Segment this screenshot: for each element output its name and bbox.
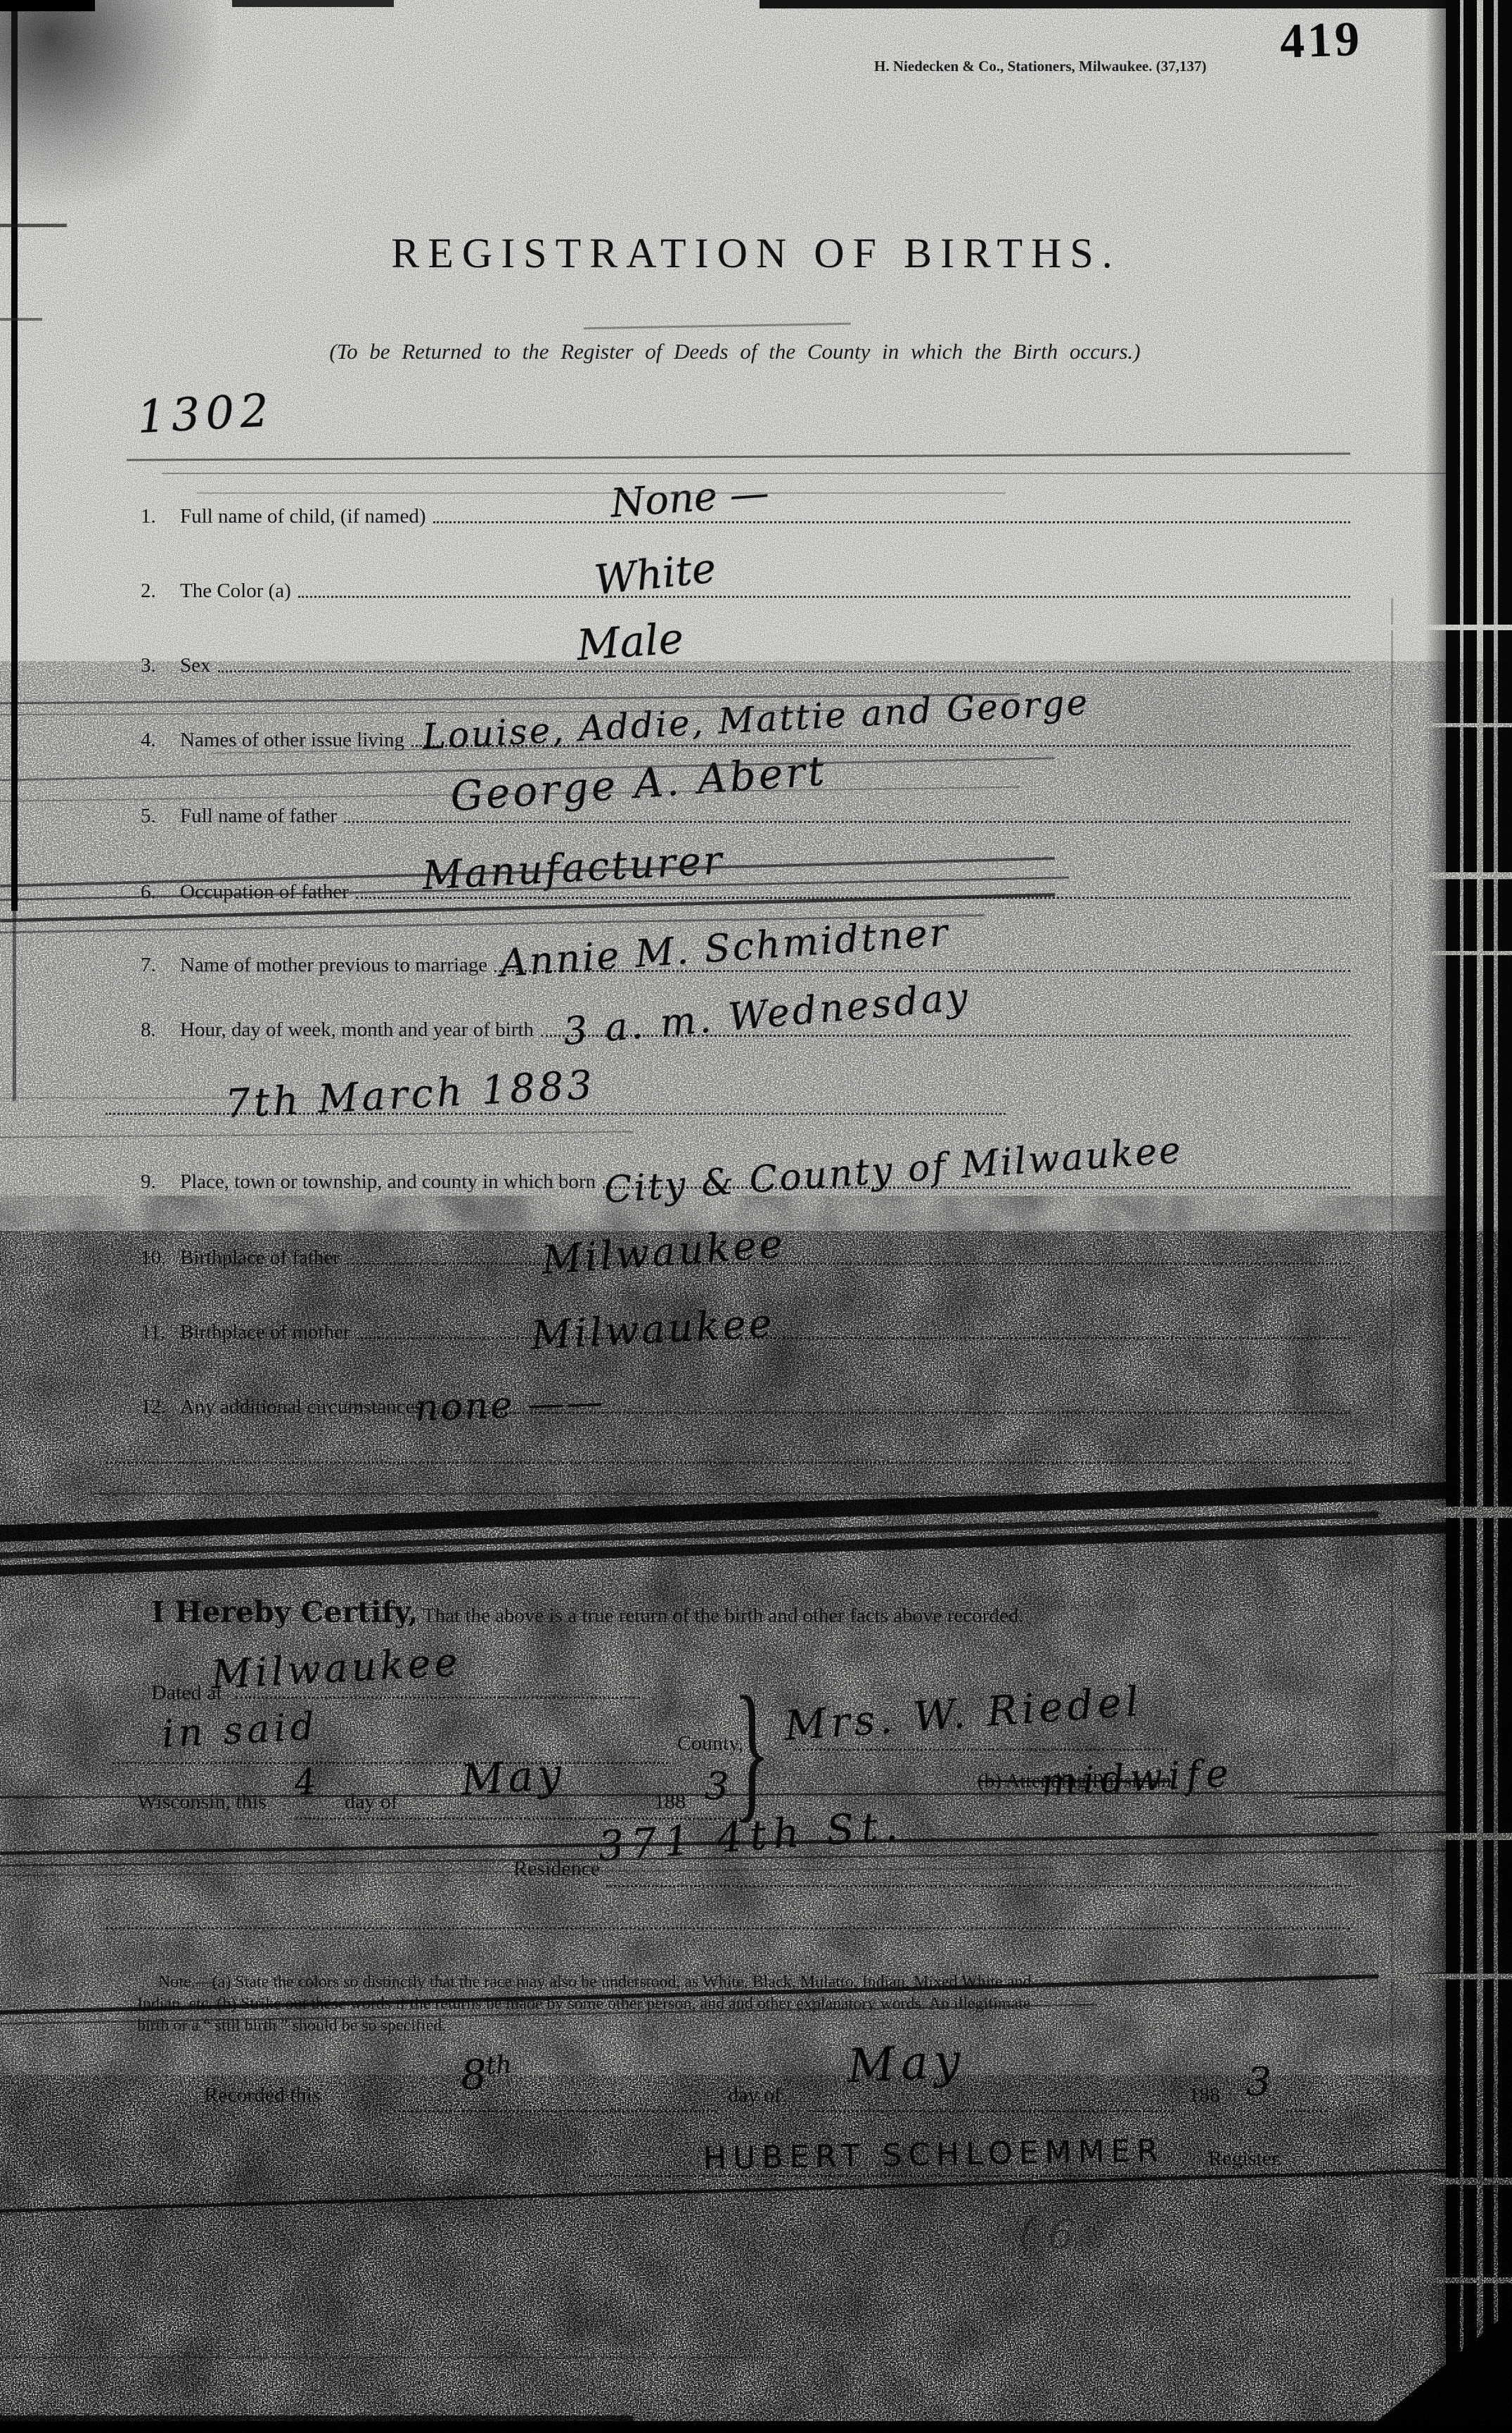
scan-streak [91,1493,1034,1495]
scan-streak [0,2356,774,2358]
left-edge-tick [0,318,42,321]
recorded-line [394,2110,717,2112]
page-number: 419 [1279,11,1364,70]
item-number: 1. [141,505,180,528]
recorded-month-value: May [846,2033,967,2094]
item-number: 3. [141,654,180,677]
form-item-2: 2. The Color (a) [141,580,1350,603]
scan-streak [197,492,1006,494]
binding-white-gap [1378,2178,1512,2185]
bottom-edge-strip [0,2421,1512,2433]
record-number-handwritten: 1302 [136,385,275,444]
item-label: Any additional circumstances [180,1396,430,1419]
certification-statement: I Hereby Certify, That the above is a tr… [151,1595,1023,1629]
recorded-line [1286,2110,1328,2112]
scan-streak [0,1097,422,1099]
top-edge-strip [232,0,394,7]
item-number: 7. [141,954,180,977]
day-value: 4 [293,1761,319,1804]
register-label: Register. [1208,2147,1283,2171]
binding-white-gap [1389,625,1512,630]
residence-line [606,1885,1350,1887]
item-label: Full name of father [180,805,344,828]
item-number: 11. [141,1321,180,1344]
item-label: Hour, day of week, month and year of bir… [180,1018,541,1042]
entry-birth-time: 3 a. m. Wednesday [561,974,972,1054]
margin-pencil-mark: ( 6 [1017,2205,1078,2260]
in-said-value: in said [161,1704,320,1756]
scan-streak [162,473,1449,474]
bottom-edge-strip [0,2415,633,2422]
binding-white-stripe [1494,0,1498,2433]
binding-white-gap [1389,951,1512,955]
binding-white-gap [1378,1507,1512,1518]
certify-text: That the above is a true return of the b… [418,1604,1023,1627]
recorded-this-label: Recorded this [204,2083,321,2107]
certify-lead: I Hereby Certify, [151,1595,418,1629]
dated-at-line [236,1697,640,1699]
top-edge-strip [0,0,95,11]
entry-sex: Male [575,614,685,670]
day-of-label: day of [345,1790,398,1814]
item-number: 10. [141,1246,180,1270]
year-digit: 3 [704,1763,730,1808]
recorded-year-digit: 3 [1245,2059,1272,2105]
scan-streak [127,452,1350,461]
recorded-day-value: 8th [459,2049,513,2100]
recorded-year-printed: 188 [1189,2083,1220,2107]
item-number: 2. [141,580,180,603]
binding-shadow [1425,0,1446,2433]
item-number: 5. [141,805,180,828]
left-edge-tick [0,224,67,227]
recorded-line [809,2110,1174,2112]
binding-white-stripe [1460,0,1463,2433]
scanned-birth-registration-page: 419 H. Niedecken & Co., Stationers, Milw… [0,0,1512,2433]
stationer-imprint: H. Niedecken & Co., Stationers, Milwauke… [874,58,1206,75]
binding-white-stripe [1477,0,1483,2433]
dotted-leader [298,596,1350,598]
section-divider-dotted [105,1462,1350,1464]
binding-white-gap [1378,1833,1512,1840]
recorded-day-suffix: th [485,2051,512,2081]
page-light-strip [0,2360,1512,2419]
dotted-leader [344,821,1350,823]
form-item-5: 5. Full name of father [141,805,1350,828]
item-label: The Color (a) [180,580,298,603]
document-title: REGISTRATION OF BIRTHS. [211,229,1301,278]
binding-white-gap [1389,872,1512,879]
entry-birth-place: City & County of Milwaukee [603,1129,1184,1211]
month-value: May [459,1749,568,1806]
form-item-3: 3. Sex [141,654,1350,677]
item-number: 12. [141,1396,180,1419]
recorded-day-number: 8 [459,2050,487,2100]
section-divider-dotted [105,1927,1350,1929]
top-edge-strip [760,0,1512,8]
dotted-leader [347,1263,1350,1265]
left-binding-line [13,911,16,1101]
scan-streak [584,323,851,330]
item-label: Birthplace of mother [180,1321,357,1344]
item-label: Sex [180,654,218,677]
binding-white-gap [1378,1974,1512,1979]
document-subtitle: (To be Returned to the Register of Deeds… [176,339,1294,364]
scan-streak [0,1131,633,1138]
signature-line [795,1749,1167,1751]
item-number: 8. [141,1018,180,1042]
entry-birth-date: 7th March 1883 [224,1062,597,1128]
item-label: Names of other issue living [180,729,411,752]
entry-additional-circumstances: none —— [414,1381,606,1429]
in-said-line [113,1762,668,1764]
dotted-leader [433,521,1350,523]
binding-white-gap [1389,723,1512,727]
form-item-12: 12. Any additional circumstances [141,1396,1350,1419]
item-label: Place, town or township, and county in w… [180,1170,603,1194]
dotted-leader [357,1337,1350,1339]
state-line-label: Wisconsin, this [137,1790,267,1814]
corner-smudge [0,0,218,211]
item-label: Name of mother previous to marriage [180,954,494,977]
recorded-day-of-label: day of [728,2083,781,2107]
dotted-leader [218,670,1351,672]
residence-value: 371 4th St. [596,1801,906,1870]
item-label: Full name of child, (if named) [180,505,433,528]
item-number: 4. [141,729,180,752]
item-label: Birthplace of father [180,1246,347,1270]
binding-white-gap [1378,2278,1512,2283]
item-number: 9. [141,1170,180,1194]
item-number: 6. [141,881,180,904]
